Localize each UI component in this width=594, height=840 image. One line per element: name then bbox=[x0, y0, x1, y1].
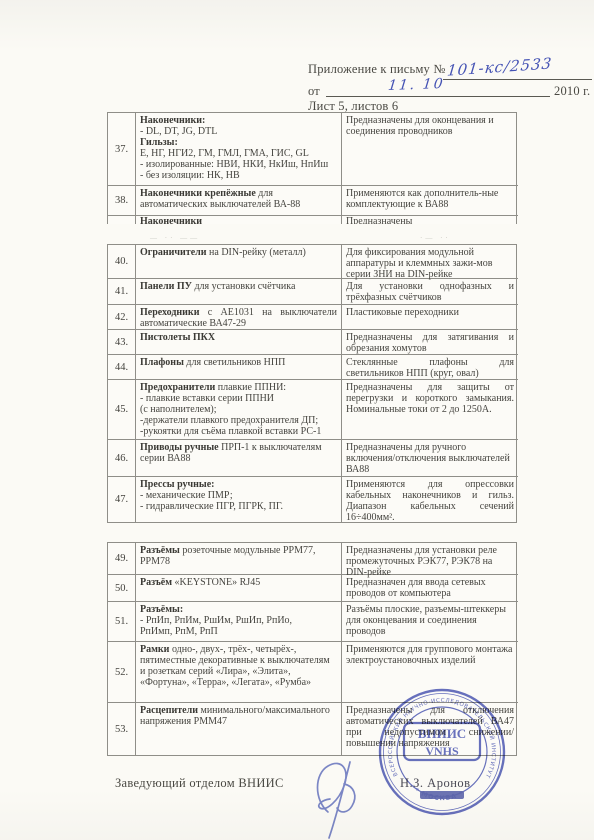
item-name-bold-text: Плафоны bbox=[140, 357, 184, 368]
cell-text: Предназначены bbox=[346, 216, 412, 224]
cell-text: Предназначены для затягивания и обрезани… bbox=[346, 332, 514, 354]
row-number-cell: 46. bbox=[108, 440, 136, 477]
cell-text: Предназначены для защиты от перегрузки и… bbox=[346, 382, 514, 415]
handwritten-signature bbox=[306, 750, 372, 840]
cell-text: на DIN-рейку (металл) bbox=[207, 247, 306, 258]
cell-text: Для установки однофазных и трёхфазных сч… bbox=[346, 281, 514, 303]
cut-text-remnant: — ·· —— bbox=[150, 234, 200, 242]
cell-text: - без изоляции: НК, НВ bbox=[140, 170, 240, 181]
row-number-cell: 43. bbox=[108, 330, 136, 355]
item-description-cell: Разъёмы плоские, разъемы-штеккеры для ок… bbox=[342, 602, 518, 642]
cell-text: -держатели плавкого предохранителя ДП; bbox=[140, 415, 318, 426]
row-number-cell: 49. bbox=[108, 543, 136, 575]
stamp-ink-band bbox=[420, 791, 464, 799]
item-name-bold-text: Переходники bbox=[140, 307, 199, 318]
item-name-bold-text: Разъёмы: bbox=[140, 604, 183, 615]
item-name-cell: Разъёмы:- РпИп, РпИм, РшИм, РшИп, РпИо,Р… bbox=[136, 602, 342, 642]
item-description-cell: Для установки однофазных и трёхфазных сч… bbox=[342, 279, 518, 305]
cell-text: - гидравлические ПГР, ПГРК, ПГ. bbox=[140, 501, 283, 512]
item-name-cell: Рамки одно-, двух-, трёх-, четырёх-, пят… bbox=[136, 642, 342, 703]
stamp-org-cyrillic: ВНИИС bbox=[418, 726, 466, 741]
cell-text: Е, НГ, НГИ2, ГМ, ГМЛ, ГМА, ГИС, GL bbox=[140, 148, 309, 159]
cell-text: - плавкие вставки серии ППНИ bbox=[140, 393, 274, 404]
item-description-cell: Применяются как дополнитель-ные комплект… bbox=[342, 186, 518, 216]
item-name-bold-text: Панели ПУ bbox=[140, 281, 192, 292]
item-name-bold-text: Пистолеты ПКХ bbox=[140, 332, 215, 343]
cell-text: Пластиковые переходники bbox=[346, 307, 459, 318]
item-name-bold-text: Ограничители bbox=[140, 247, 207, 258]
row-number-cell bbox=[108, 216, 136, 224]
item-name-bold-text: Прессы ручные: bbox=[140, 479, 215, 490]
item-name-cell: Предохранители плавкие ППНИ:- плавкие вс… bbox=[136, 380, 342, 440]
row-number-cell: 52. bbox=[108, 642, 136, 703]
item-name-cell: Наконечники bbox=[136, 216, 342, 224]
row-number-cell: 53. bbox=[108, 703, 136, 755]
item-description-cell: Стеклянные плафоны для светильников НПП … bbox=[342, 355, 518, 380]
scanned-document-page: Приложение к письму № 101-кс/2533 от 11.… bbox=[0, 0, 594, 840]
item-name-cell: Наконечники:- DL, DT, JG, DTLГильзы:Е, Н… bbox=[136, 113, 342, 186]
item-description-cell: Пластиковые переходники bbox=[342, 305, 518, 330]
cell-text: Предназначены для оконцевания и соединен… bbox=[346, 115, 494, 137]
cell-text: -рукоятки для съёма плавкой вставки РС-1 bbox=[140, 426, 321, 437]
handwritten-date: 11. 10 bbox=[387, 76, 445, 94]
item-name-bold-text: Гильзы: bbox=[140, 137, 178, 148]
handwritten-letter-number: 101-кс/2533 bbox=[446, 54, 553, 80]
row-number-cell: 37. bbox=[108, 113, 136, 186]
footer-position-title: Заведующий отделом ВНИИС bbox=[115, 776, 284, 791]
item-name-cell: Приводы ручные ПРП-1 к выключателям сери… bbox=[136, 440, 342, 477]
item-name-cell: Панели ПУ для установки счётчика bbox=[136, 279, 342, 305]
cell-text: для светильников НПП bbox=[184, 357, 285, 368]
cut-text-remnant: ·— ·· bbox=[420, 234, 451, 242]
cell-text: - DL, DT, JG, DTL bbox=[140, 126, 217, 137]
item-description-cell: Предназначены для установки реле промежу… bbox=[342, 543, 518, 575]
item-description-cell: Предназначены для оконцевания и соединен… bbox=[342, 113, 518, 186]
stamp-org-latin: VNHS bbox=[425, 744, 459, 758]
row-number-cell: 41. bbox=[108, 279, 136, 305]
row-number-cell: 38. bbox=[108, 186, 136, 216]
item-name-bold-text: Наконечники крепёжные bbox=[140, 188, 256, 199]
item-name-bold-text: Предохранители bbox=[140, 382, 215, 393]
item-name-cell: Разъём «KEYSTONE» RJ45 bbox=[136, 575, 342, 602]
row-number-cell: 45. bbox=[108, 380, 136, 440]
item-name-cell: Разъёмы розеточные модульные РРМ77, РРМ7… bbox=[136, 543, 342, 575]
table-block-1: 37.Наконечники:- DL, DT, JG, DTLГильзы:Е… bbox=[107, 112, 517, 224]
item-name-bold-text: Наконечники: bbox=[140, 115, 205, 126]
header-year-label: 2010 г. bbox=[554, 84, 590, 99]
cell-text: - изолированные: НВИ, НКИ, НкИш, НпИш bbox=[140, 159, 328, 170]
cell-text: Разъёмы плоские, разъемы-штеккеры для ок… bbox=[346, 604, 506, 637]
item-description-cell: Для фиксирования модульной аппаратуры и … bbox=[342, 245, 518, 279]
item-name-cell: Плафоны для светильников НПП bbox=[136, 355, 342, 380]
cell-text: одно-, двух-, трёх-, четырёх-, пятиместн… bbox=[140, 644, 330, 688]
item-name-bold-text: Разъёмы bbox=[140, 545, 180, 556]
item-description-cell: Предназначен для ввода сетевых проводов … bbox=[342, 575, 518, 602]
cell-text: - РпИп, РпИм, РшИм, РшИп, РпИо, bbox=[140, 615, 292, 626]
item-name-cell: Наконечники крепёжные для автоматических… bbox=[136, 186, 342, 216]
cell-text: Предназначены для установки реле промежу… bbox=[346, 545, 497, 578]
header-date-underline bbox=[326, 95, 550, 97]
row-number-cell: 51. bbox=[108, 602, 136, 642]
item-description-cell: Предназначены для защиты от перегрузки и… bbox=[342, 380, 518, 440]
item-description-cell: Предназначены для затягивания и обрезани… bbox=[342, 330, 518, 355]
item-description-cell: Предназначены для ручного включения/откл… bbox=[342, 440, 518, 477]
cell-text: для установки счётчика bbox=[192, 281, 295, 292]
item-name-bold-text: Расцепители bbox=[140, 705, 198, 716]
item-name-bold-text: Разъём bbox=[140, 577, 172, 588]
table-block-2: 40.Ограничители на DIN-рейку (металл)Для… bbox=[107, 244, 517, 523]
item-name-bold-text: Приводы ручные bbox=[140, 442, 219, 453]
cell-text: Применяются для опрессовки кабельных нак… bbox=[346, 479, 514, 523]
cell-text: РпИмп, РпМ, РпП bbox=[140, 626, 218, 637]
item-name-bold-text: Рамки bbox=[140, 644, 169, 655]
official-round-stamp: ВСЕРОССИЙСКИЙ НАУЧНО-ИССЛЕДОВАТЕЛЬСКИЙ И… bbox=[372, 682, 518, 840]
item-name-cell: Пистолеты ПКХ bbox=[136, 330, 342, 355]
cell-text: плавкие ППНИ: bbox=[215, 382, 286, 393]
item-name-cell: Переходники с АЕ1031 на выключатели авто… bbox=[136, 305, 342, 330]
item-name-cell: Расцепители минимального/максимального н… bbox=[136, 703, 342, 755]
row-number-cell: 42. bbox=[108, 305, 136, 330]
row-number-cell: 44. bbox=[108, 355, 136, 380]
cell-text: «KEYSTONE» RJ45 bbox=[172, 577, 260, 588]
item-name-bold-text: Наконечники bbox=[140, 216, 202, 224]
header-from-label: от bbox=[308, 84, 320, 99]
cell-text: Предназначен для ввода сетевых проводов … bbox=[346, 577, 486, 599]
row-number-cell: 40. bbox=[108, 245, 136, 279]
cell-text: Применяются как дополнитель-ные комплект… bbox=[346, 188, 498, 210]
item-description-cell: Предназначены bbox=[342, 216, 518, 224]
cell-text: - механические ПМР; bbox=[140, 490, 233, 501]
cell-text: Для фиксирования модульной аппаратуры и … bbox=[346, 247, 492, 280]
cell-text: Применяются для группового монтажа элект… bbox=[346, 644, 512, 666]
item-name-cell: Прессы ручные:- механические ПМР;- гидра… bbox=[136, 477, 342, 522]
row-number-cell: 50. bbox=[108, 575, 136, 602]
cell-text: Стеклянные плафоны для светильников НПП … bbox=[346, 357, 514, 379]
cell-text: (с наполнителем); bbox=[140, 404, 217, 415]
item-description-cell: Применяются для опрессовки кабельных нак… bbox=[342, 477, 518, 522]
row-number-cell: 47. bbox=[108, 477, 136, 522]
header-attachment-label: Приложение к письму № bbox=[308, 62, 445, 77]
cell-text: Предназначены для ручного включения/откл… bbox=[346, 442, 510, 475]
item-name-cell: Ограничители на DIN-рейку (металл) bbox=[136, 245, 342, 279]
